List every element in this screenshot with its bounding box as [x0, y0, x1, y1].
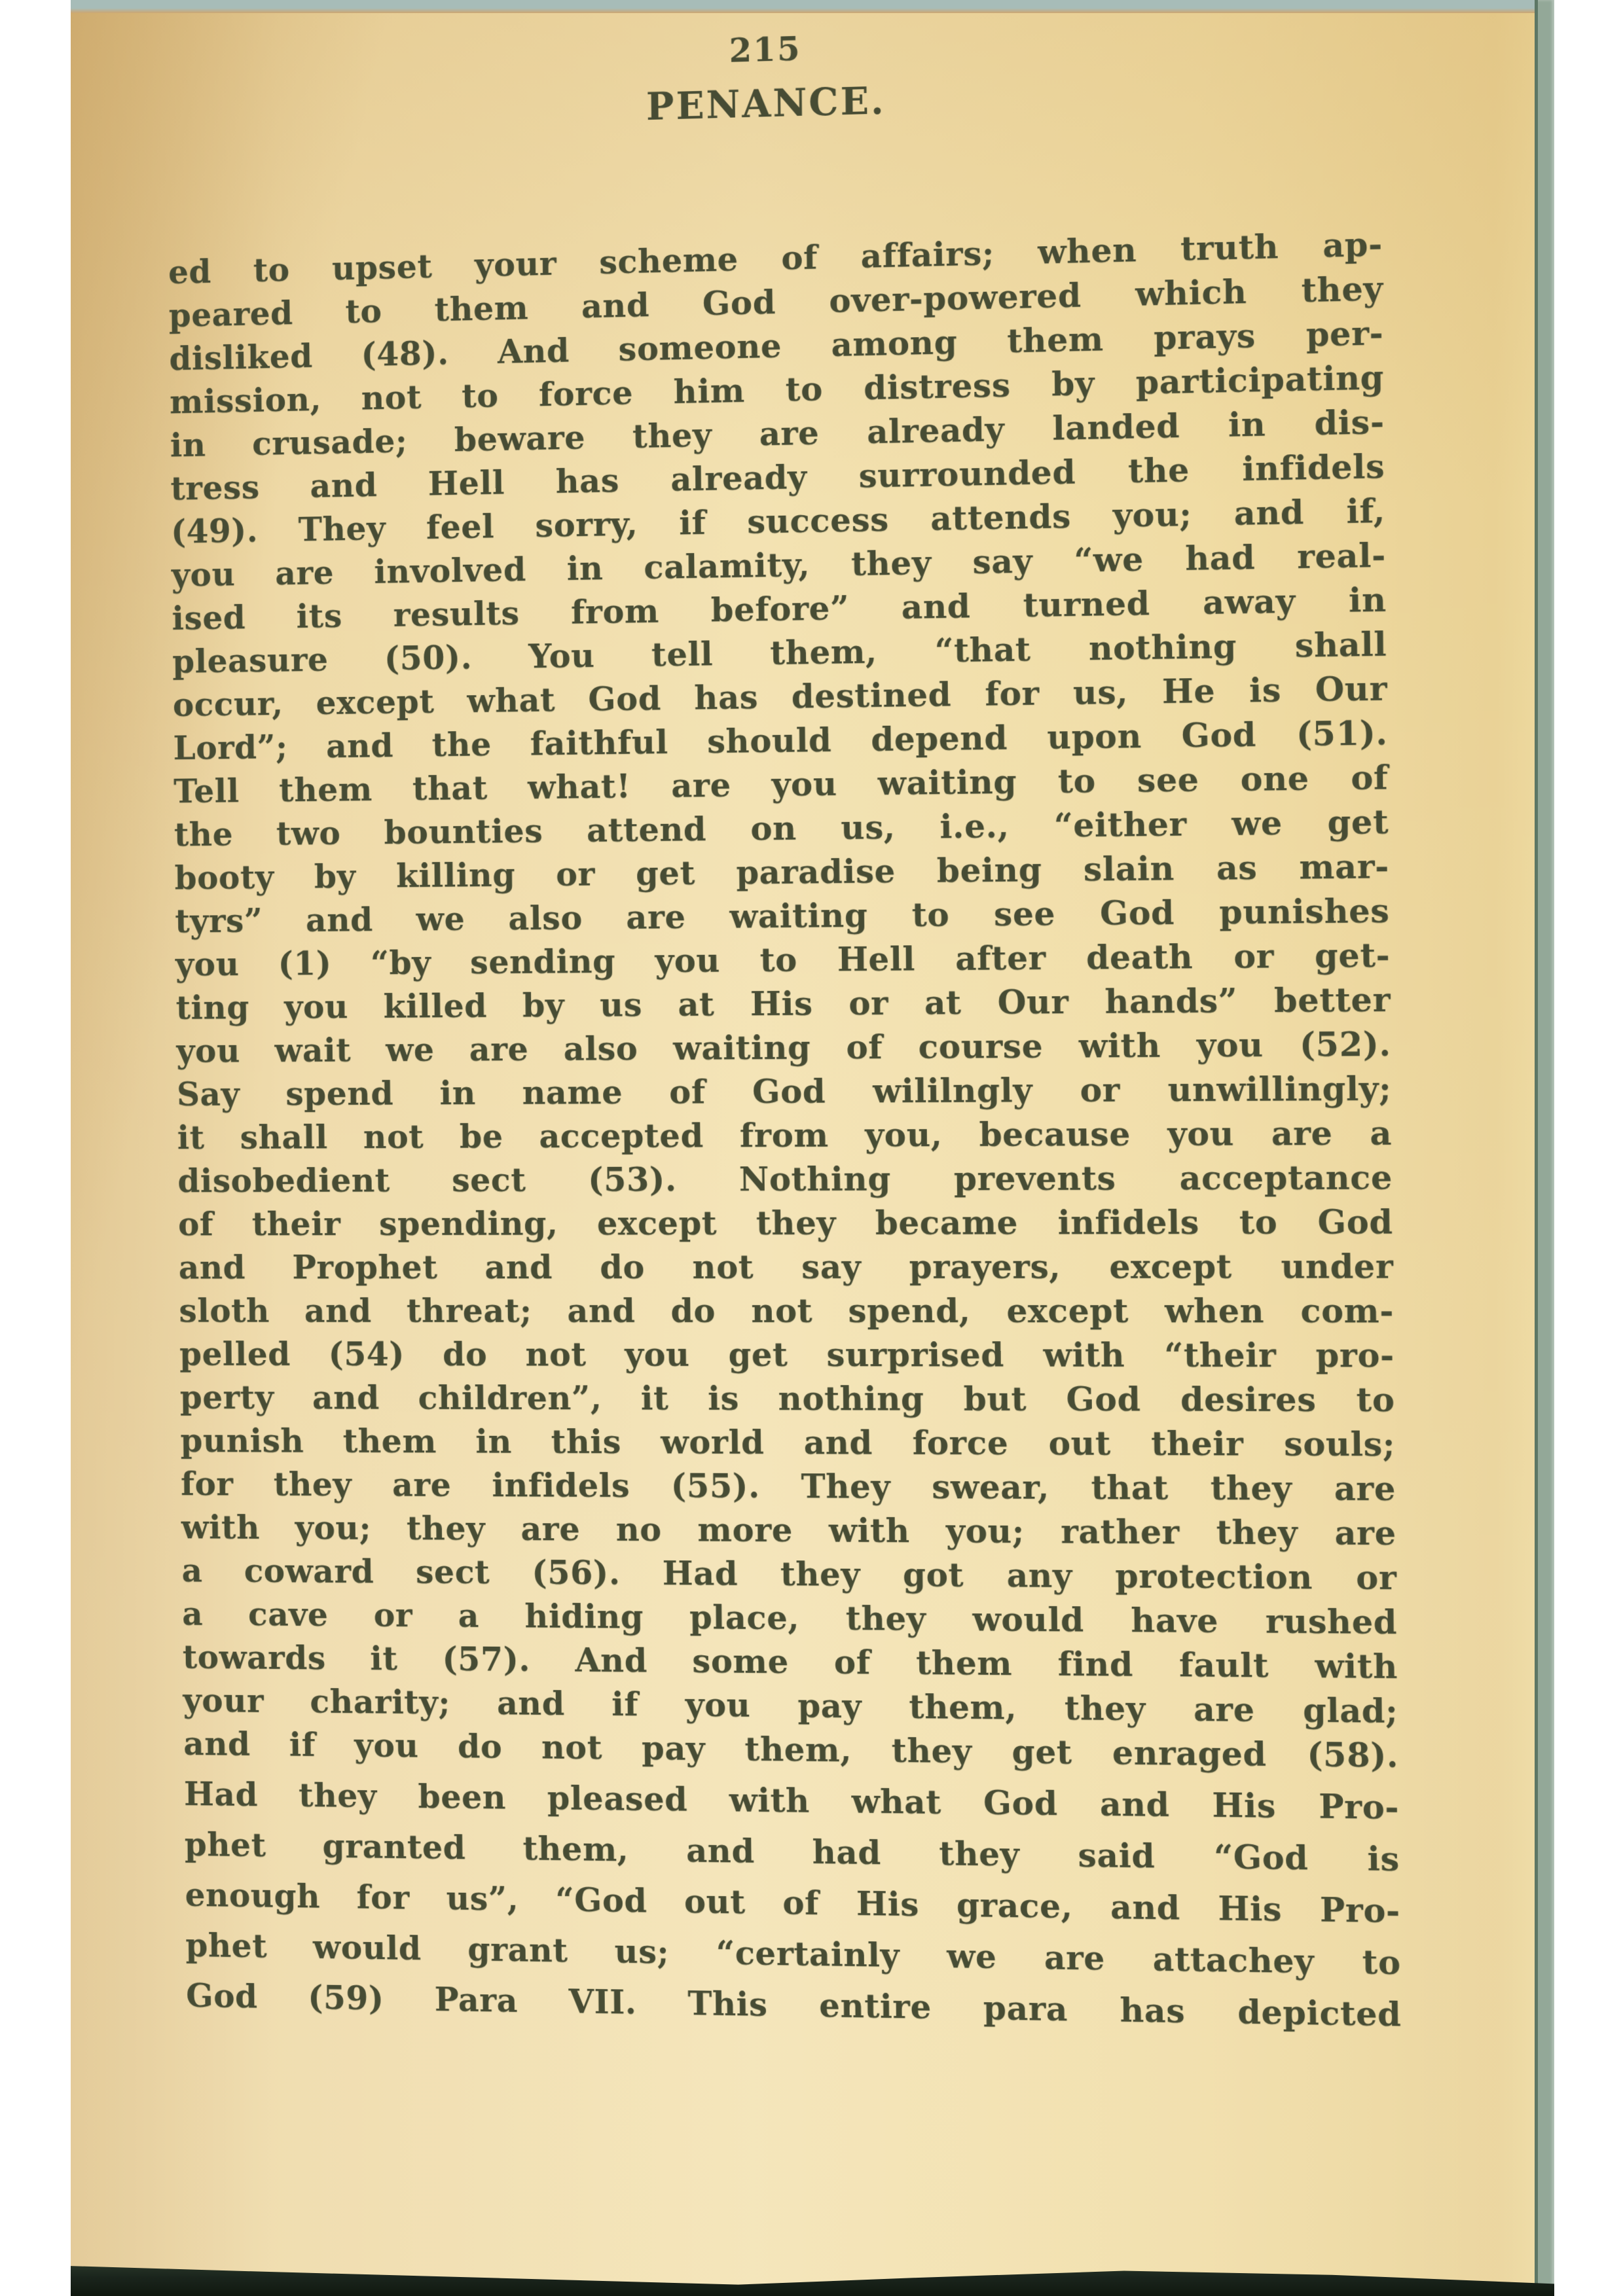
page-bottom-shadow — [71, 2255, 1554, 2296]
text-line: perty and children”, it is nothing but G… — [179, 1377, 1395, 1424]
page-right-edge — [1535, 0, 1554, 2296]
text-line: disobedient sect (53). Nothing prevents … — [177, 1157, 1393, 1204]
page-content: 215 PENANCE. ed to upset your scheme of … — [166, 13, 1402, 2039]
text-line: punish them in this world and force out … — [180, 1421, 1395, 1469]
text-line: pelled (54) do not you get surprised wit… — [179, 1334, 1395, 1379]
text-line: with you; they are no more with you; rat… — [181, 1507, 1396, 1558]
body-text: ed to upset your scheme of affairs; when… — [168, 224, 1402, 2039]
text-line: it shall not be accepted from you, becau… — [177, 1113, 1392, 1161]
text-line: a coward sect (56). Had they got any pro… — [181, 1551, 1396, 1602]
scan-top-edge — [71, 0, 1554, 13]
text-line: sloth and threat; and do not spend, exce… — [179, 1291, 1394, 1335]
text-line: you (1) “by sending you to Hell after de… — [175, 935, 1391, 988]
text-line: God (59) Para VII. This entire para has … — [186, 1975, 1402, 2038]
scan-viewport: 215 PENANCE. ed to upset your scheme of … — [0, 0, 1623, 2296]
scanned-page: 215 PENANCE. ed to upset your scheme of … — [71, 0, 1554, 2296]
text-line: ting you killed by us at His or at Our h… — [175, 979, 1391, 1031]
text-line: you wait we are also waiting of course w… — [176, 1024, 1391, 1074]
text-line: Had they been pleased with what God and … — [184, 1774, 1400, 1831]
text-line: for they are infidels (55). They swear, … — [181, 1464, 1396, 1513]
text-line: phet would grant us; “certainly we are a… — [185, 1925, 1401, 1986]
text-line: of their spending, except they became in… — [178, 1202, 1393, 1247]
text-line: enough for us”, “God out of His grace, a… — [185, 1874, 1400, 1935]
text-line: Say spend in name of God wililngly or un… — [177, 1068, 1392, 1118]
text-line: and Prophet and do not say prayers, exce… — [178, 1246, 1393, 1291]
text-line: phet granted them, and had they said “Go… — [185, 1824, 1400, 1883]
